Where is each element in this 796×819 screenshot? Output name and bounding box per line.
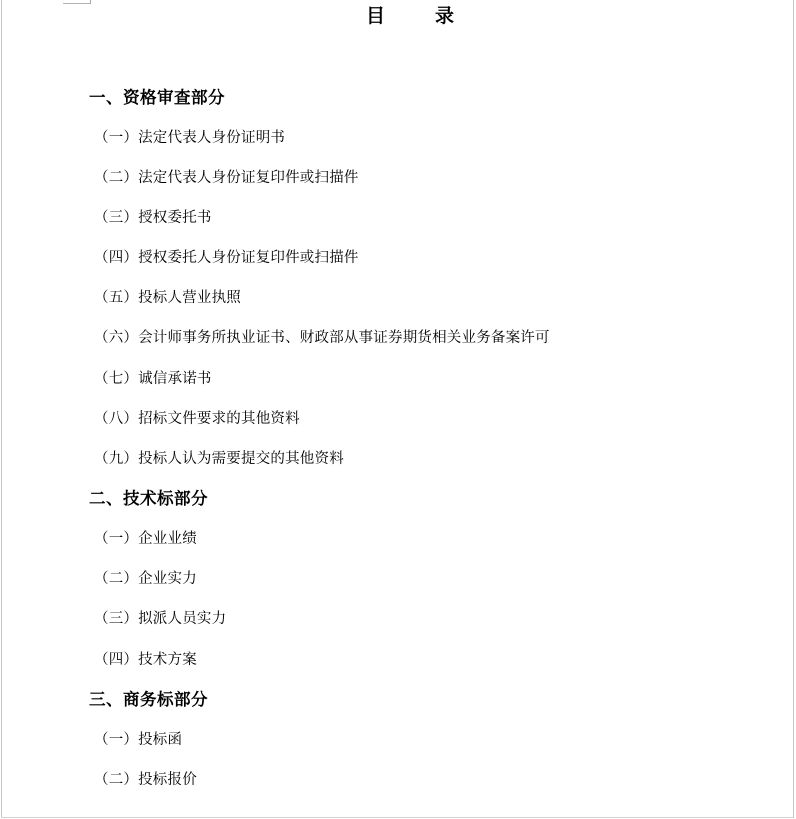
toc-item: （四）授权委托人身份证复印件或扫描件 xyxy=(89,237,776,277)
document-page[interactable]: { "page": { "title": "目 录" }, "toc": { "… xyxy=(0,0,796,819)
page-edge-right xyxy=(793,0,794,818)
toc-item: （六）会计师事务所执业证书、财政部从事证券期货相关业务备案许可 xyxy=(89,317,776,357)
toc-item: （五）投标人营业执照 xyxy=(89,277,776,317)
toc-item: （二）企业实力 xyxy=(89,558,776,598)
page-edge-left xyxy=(1,0,2,818)
toc-section-heading: 三、商务标部分 xyxy=(89,678,776,718)
toc-item: （七）诚信承诺书 xyxy=(89,357,776,397)
page-title: 目 录 xyxy=(14,4,796,30)
toc-section-heading: 一、资格审查部分 xyxy=(89,76,776,116)
toc-item: （三）授权委托书 xyxy=(89,196,776,236)
toc-item: （一）法定代表人身份证明书 xyxy=(89,116,776,156)
toc-item: （八）招标文件要求的其他资料 xyxy=(89,397,776,437)
toc-item: （二）法定代表人身份证复印件或扫描件 xyxy=(89,156,776,196)
toc-item: （一）企业业绩 xyxy=(89,518,776,558)
toc-item: （三）拟派人员实力 xyxy=(89,598,776,638)
toc-item: （二）投标报价 xyxy=(89,758,776,798)
toc-item: （一）投标函 xyxy=(89,718,776,758)
toc-item: （九）投标人认为需要提交的其他资料 xyxy=(89,437,776,477)
toc-item: （四）技术方案 xyxy=(89,638,776,678)
page-edge-bottom xyxy=(1,817,794,818)
table-of-contents: 一、资格审查部分 （一）法定代表人身份证明书 （二）法定代表人身份证复印件或扫描… xyxy=(89,76,776,799)
toc-section-heading: 二、技术标部分 xyxy=(89,477,776,517)
